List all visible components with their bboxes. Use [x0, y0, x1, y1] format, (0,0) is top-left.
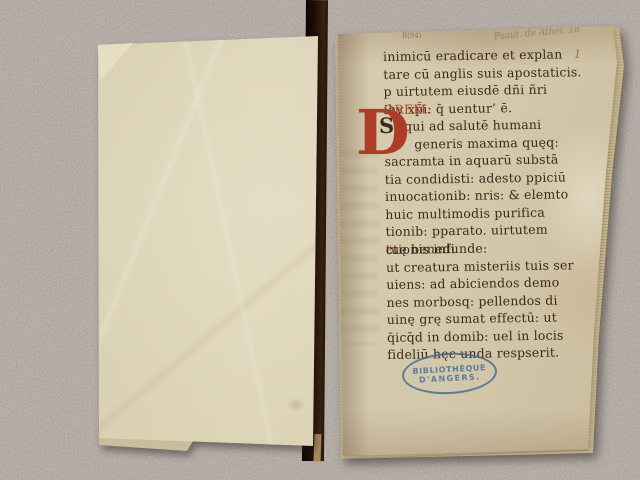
manuscript-photo: B(94) Psaut. de Athel. 18 1 inimicū erad…	[0, 0, 640, 480]
photo-vignette	[0, 0, 640, 480]
